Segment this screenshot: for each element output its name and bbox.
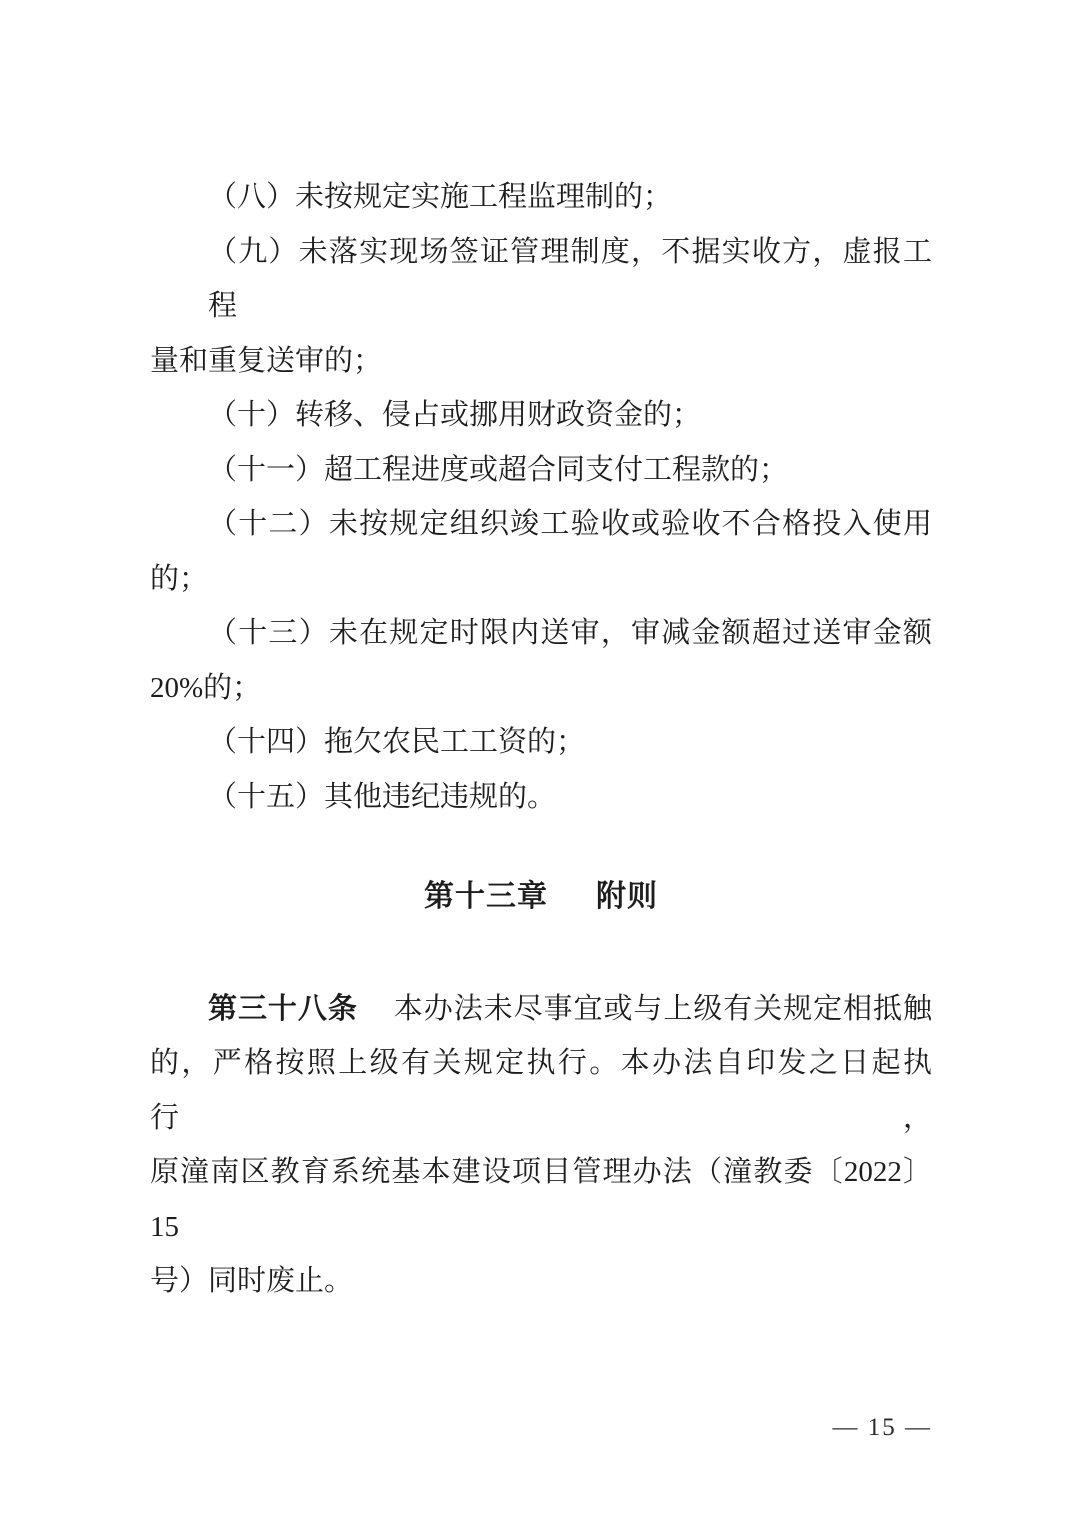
clause-line: （十三）未在规定时限内送审，审减金额超过送审金额: [150, 606, 932, 661]
clause-line: （十一）超工程进度或超合同支付工程款的；: [150, 443, 932, 498]
chapter-title: 附则: [596, 880, 658, 913]
article-line-continuation: 原潼南区教育系统基本建设项目管理办法（潼教委〔2022〕15: [150, 1145, 932, 1254]
clause-line-continuation: 量和重复送审的；: [150, 334, 932, 389]
clause-line-continuation: 的；: [150, 552, 932, 607]
article-line-text: 本办法未尽事宜或与上级有关规定相抵触: [394, 993, 932, 1025]
article-line-continuation: 号）同时废止。: [150, 1254, 932, 1309]
chapter-number: 第十三章: [424, 880, 548, 913]
clause-line: （九）未落实现场签证管理制度，不据实收方，虚报工程: [150, 225, 932, 334]
document-page: （八）未按规定实施工程监理制的； （九）未落实现场签证管理制度，不据实收方，虚报…: [0, 0, 1074, 1520]
clause-line-continuation: 20%的；: [150, 661, 932, 716]
article-number-label: 第三十八条: [208, 993, 358, 1025]
clause-line: （十五）其他违纪违规的。: [150, 770, 932, 825]
clause-line: （八）未按规定实施工程监理制的；: [150, 170, 932, 225]
article-line-continuation: 的，严格按照上级有关规定执行。本办法自印发之日起执行，: [150, 1036, 932, 1145]
clause-line: （十）转移、侵占或挪用财政资金的；: [150, 388, 932, 443]
article-line: 第三十八条本办法未尽事宜或与上级有关规定相抵触: [150, 982, 932, 1037]
chapter-heading: 第十三章附则: [150, 870, 932, 925]
page-number: — 15 —: [833, 1412, 933, 1444]
clause-line: （十二）未按规定组织竣工验收或验收不合格投入使用: [150, 497, 932, 552]
document-body: （八）未按规定实施工程监理制的； （九）未落实现场签证管理制度，不据实收方，虚报…: [150, 170, 932, 1309]
clause-line: （十四）拖欠农民工工资的；: [150, 715, 932, 770]
